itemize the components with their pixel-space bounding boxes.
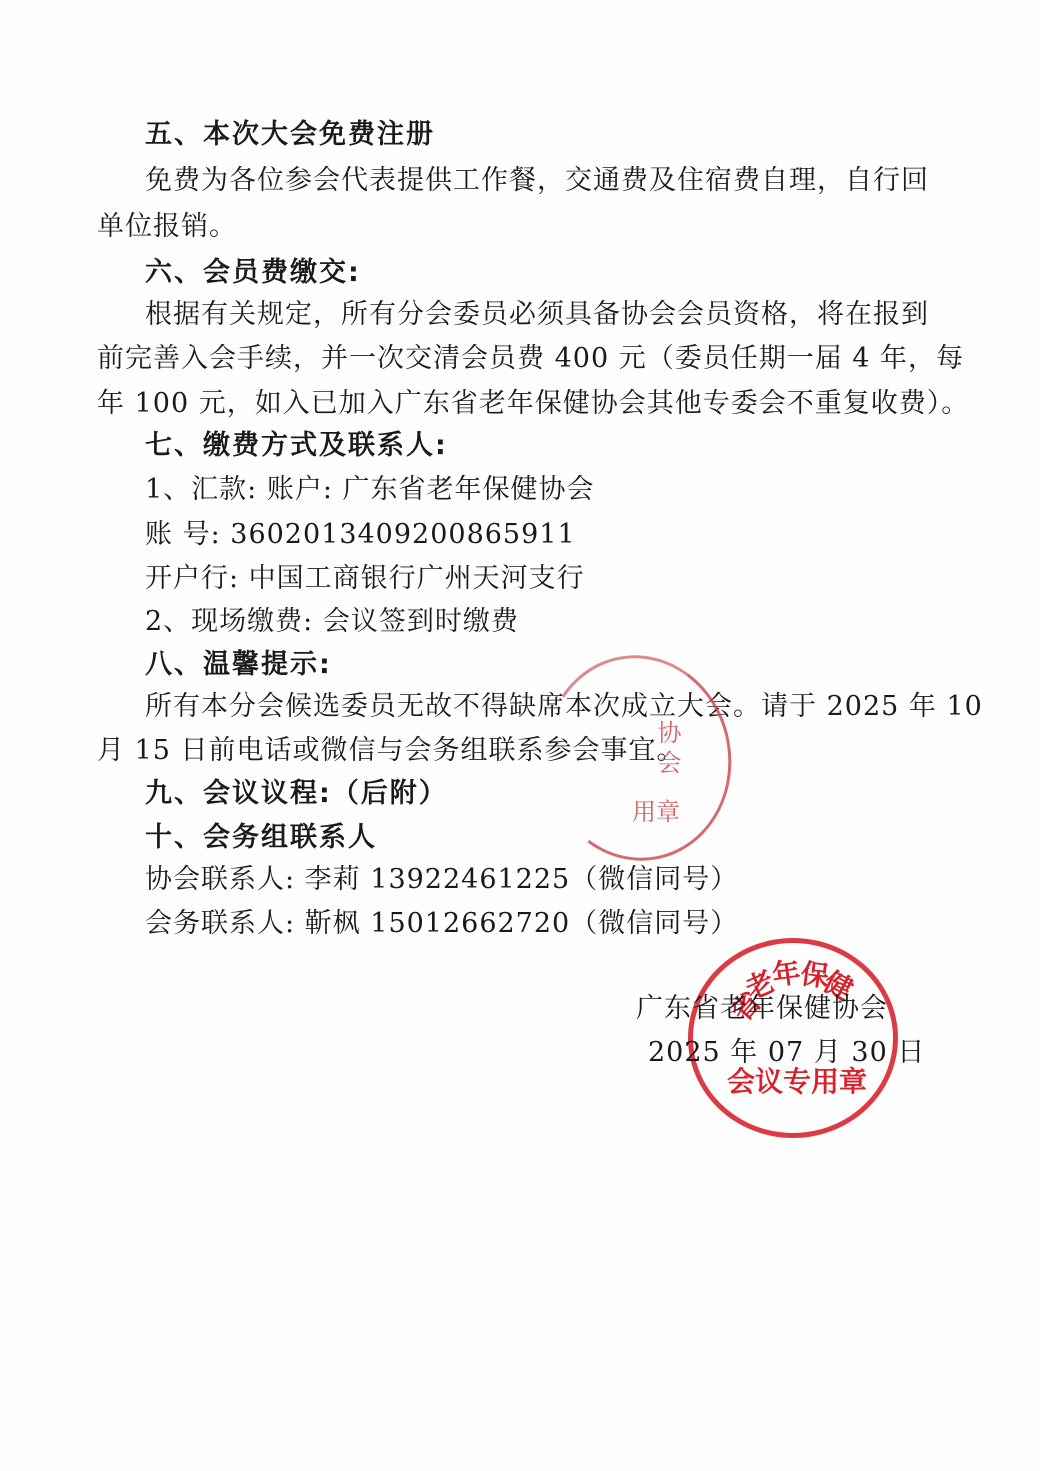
- partial-seal-arc: [529, 640, 748, 875]
- signature-date: 2025 年 07 月 30 日: [648, 1036, 925, 1070]
- document-page: 五、本次大会免费注册 免费为各位参会代表提供工作餐，交通费及住宿费自理，自行回 …: [0, 0, 1040, 1471]
- contact-meeting-line: 会务联系人: 靳枫 15012662720（微信同号）: [145, 907, 738, 941]
- partial-seal-text-top: 协会: [650, 720, 685, 780]
- payment-account-number-line: 账 号: 3602013409200865911: [145, 518, 576, 552]
- contact-association-line: 协会联系人: 李莉 13922461225（微信同号）: [145, 863, 738, 897]
- section-heading-seven: 七、缴费方式及联系人:: [145, 429, 448, 463]
- section-five-line-1: 免费为各位参会代表提供工作餐，交通费及住宿费自理，自行回: [145, 164, 929, 198]
- section-six-line-3: 年 100 元，如入已加入广东省老年保健协会其他专委会不重复收费）。: [97, 387, 969, 421]
- section-heading-eight: 八、温馨提示:: [145, 648, 332, 682]
- section-six-line-2: 前完善入会手续，并一次交清会员费 400 元（委员任期一届 4 年，每: [97, 342, 964, 376]
- section-heading-nine: 九、会议议程:（后附）: [145, 777, 448, 811]
- partial-seal-text-bottom: 用章: [632, 792, 680, 827]
- section-six-line-1: 根据有关规定，所有分会委员必须具备协会会员资格，将在报到: [145, 298, 929, 332]
- section-heading-six: 六、会员费缴交:: [145, 256, 361, 290]
- signature-organization: 广东省老年保健协会: [636, 992, 888, 1026]
- payment-account-line: 1、汇款: 账户: 广东省老年保健协会: [145, 473, 595, 507]
- payment-bank-line: 开户行: 中国工商银行广州天河支行: [145, 562, 585, 596]
- section-heading-five: 五、本次大会免费注册: [145, 118, 435, 152]
- payment-onsite-line: 2、现场缴费: 会议签到时缴费: [145, 605, 519, 639]
- section-five-line-2: 单位报销。: [97, 210, 237, 244]
- section-heading-ten: 十、会务组联系人: [145, 821, 377, 855]
